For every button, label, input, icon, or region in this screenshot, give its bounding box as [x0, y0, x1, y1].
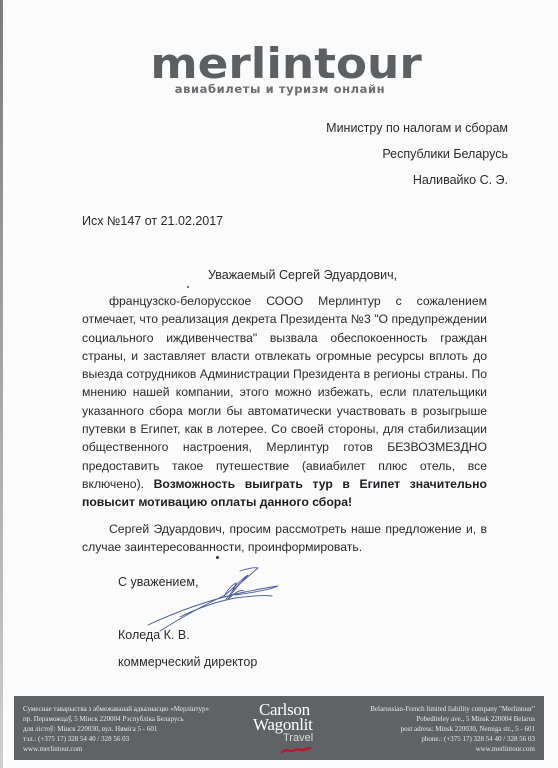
- body-paragraph-1: французско-белорусское СООО Мерлинтур с …: [82, 292, 487, 512]
- footer-left-line: для лістоў: Мінск 220030, вул. Няміга 5 …: [23, 724, 209, 734]
- signer-title: коммерческий директор: [118, 655, 257, 669]
- paragraph-1-regular: французско-белорусское СООО Мерлинтур с …: [82, 294, 487, 491]
- footer-address-en: Belarussian-French limited liability com…: [370, 704, 535, 754]
- footer-left-line: тэл.: (+375 17) 328 54 40 / 328 56 03: [23, 734, 209, 744]
- footer-right-line: phone.: (+375 17) 328 54 40 / 328 56 03: [370, 734, 535, 744]
- body-paragraph-2: Сергей Эдуардович, просим рассмотреть на…: [82, 520, 487, 557]
- signature: [140, 565, 290, 635]
- letterhead-footer: Сумеснае таварыства з абмежаванай адказн…: [14, 696, 544, 760]
- footer-left-line: пр. Пераможцаў, 5 Мінск 220004 Рэспублік…: [23, 714, 209, 724]
- footer-left-website: www.merlintour.com: [23, 744, 209, 754]
- page-scan-edge: [0, 0, 3, 768]
- addressee-line: Наливайко С. Э.: [326, 167, 508, 193]
- scan-speck: [216, 556, 219, 559]
- letter-body: французско-белорусское СООО Мерлинтур с …: [82, 292, 487, 556]
- footer-right-line: Belarussian-French limited liability com…: [370, 704, 535, 714]
- signer-name: Коледа К. В.: [118, 628, 190, 642]
- salutation: Уважаемый Сергей Эдуардович,: [208, 268, 397, 282]
- cwt-swoosh-icon: [281, 746, 311, 754]
- outgoing-reference: Исх №147 от 21.02.2017: [82, 214, 223, 228]
- scan-speck: [187, 286, 189, 288]
- footer-right-line: Pobediteley ave., 5 Minsk 220004 Belarus: [370, 714, 535, 724]
- logo-wordmark: merlintour: [150, 44, 409, 84]
- footer-right-line: post adress: Minsk 220030, Nemiga str., …: [370, 724, 535, 734]
- addressee-line: Министру по налогам и сборам: [326, 115, 508, 141]
- footer-address-by: Сумеснае таварыства з абмежаванай адказн…: [23, 704, 209, 754]
- cwt-logo-line: Wagonlit: [253, 717, 323, 732]
- footer-left-line: Сумеснае таварыства з абмежаванай адказн…: [23, 704, 209, 714]
- addressee-line: Республики Беларусь: [326, 141, 508, 167]
- addressee-block: Министру по налогам и сборам Республики …: [326, 115, 508, 193]
- carlson-wagonlit-logo: Carlson Wagonlit Travel: [253, 702, 323, 744]
- letterhead-logo: merlintour авиабилеты и туризм онлайн: [160, 44, 400, 96]
- footer-right-website: www.merlintour.com: [370, 744, 535, 754]
